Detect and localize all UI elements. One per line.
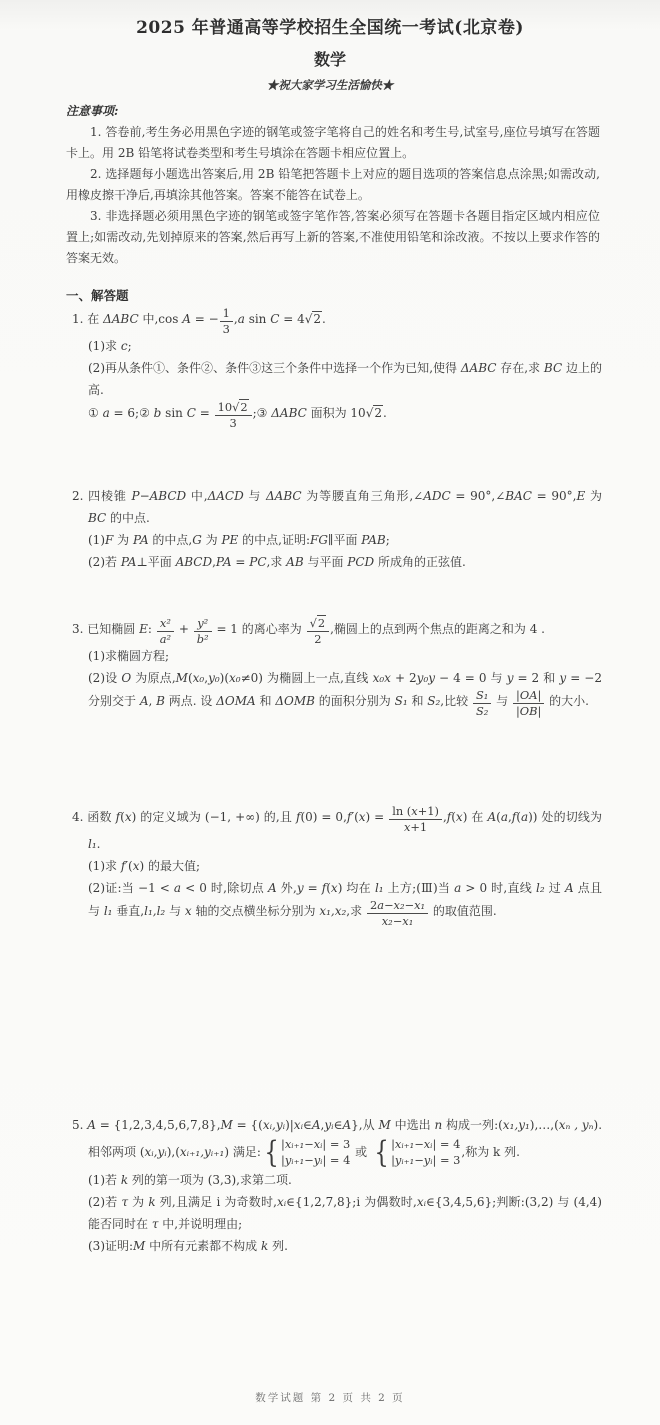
text-run: )( [220, 671, 229, 685]
math-run: a [103, 406, 110, 420]
fraction: S₁S₂ [473, 689, 491, 717]
math-run: b² [197, 632, 209, 646]
problem-line: (1)若 k 列的第一项为 (3,3),求第二项. [72, 1169, 602, 1191]
text-run: 与 [165, 904, 185, 918]
text-run: 的中点, [149, 533, 193, 547]
math-run: A [565, 881, 574, 895]
fraction: x²a² [157, 617, 174, 645]
text-run: },从 [351, 1118, 378, 1132]
math-run: yᵢ₊₁ [395, 1153, 414, 1167]
problem-2: 2. 四棱锥 P−ABCD 中,ΔACD 与 ΔABC 为等腰直角三角形,∠AD… [72, 485, 602, 573]
math-run: x [331, 881, 338, 895]
text-run: 中,cos [139, 312, 183, 326]
fraction: 2a−x₂−x₁x₂−x₁ [367, 899, 428, 927]
problem-3: 3. 已知椭圆 E: x²a² + y²b² = 1 的离心率为 √22,椭圆上… [72, 617, 602, 717]
math-run: S₂ [427, 694, 440, 708]
math-run: yᵢ [324, 1118, 333, 1132]
text-run: ) = [366, 810, 389, 824]
radicand: 2 [373, 405, 383, 420]
text-run: ; [386, 533, 390, 547]
text-run: − [304, 1153, 314, 1167]
fraction-denominator: 2 [307, 632, 330, 646]
problem-line: (2)若 PA⊥平面 ABCD,PA = PC,求 AB 与平面 PCD 所成角… [72, 551, 602, 573]
math-run: c [121, 339, 128, 353]
notice-section: 注意事项: 1. 答卷前,考生务必用黑色字迹的钢笔或签字笔将自己的姓名和考生号,… [0, 101, 660, 269]
text-run: 和 [408, 694, 428, 708]
math-run: xᵢ [417, 1195, 426, 1209]
fraction-denominator: |OB| [513, 704, 544, 718]
text-run: 的中点,证明: [238, 533, 310, 547]
radicand: 2 [239, 399, 248, 414]
math-run: x₁ [402, 914, 413, 928]
math-run: PCD [347, 555, 374, 569]
text-run: . [322, 312, 326, 326]
fraction-denominator: a² [157, 632, 174, 646]
math-run: E [577, 489, 586, 503]
math-run: xᵢ,yᵢ [145, 1145, 167, 1159]
math-run: x₁,y₁ [503, 1118, 530, 1132]
math-run: AB [286, 555, 303, 569]
radicand: 2 [312, 311, 322, 326]
text-run: − [405, 898, 415, 912]
cases-system: {|xᵢ₊₁−xᵢ| = 3|yᵢ₊₁−yᵢ| = 4 [262, 1136, 350, 1169]
text-run: , [149, 694, 157, 708]
text-run: 存在,求 [496, 361, 544, 375]
notice-item: 2. 选择题每小题选出答案后,用 2B 铅笔把答题卡上对应的题目选项的答案信息点… [66, 164, 600, 206]
fraction-numerator: 2a−x₂−x₁ [367, 899, 428, 914]
text-run: ∈{1,2,7,8};i 为偶数时, [286, 1195, 417, 1209]
fraction-numerator: |OA| [513, 689, 544, 704]
text-run: (1)若 [88, 1173, 121, 1187]
math-run: A [268, 881, 277, 895]
fraction: √22 [307, 617, 330, 645]
text-run: | = 3 [433, 1153, 461, 1167]
text-run: . [97, 837, 101, 851]
math-run: S₁ [476, 688, 488, 702]
math-run: x₂ [394, 898, 405, 912]
text-run: 轴的交点横坐标分别为 [192, 904, 320, 918]
text-run: (2)若 [88, 1195, 121, 1209]
sqrt-expression: √2 [305, 311, 322, 326]
notice-item: 3. 非选择题必须用黑色字迹的钢笔或签字笔作答,答案必须写在答题卡各题目指定区域… [66, 206, 600, 269]
text-run: ) 的最大值; [139, 859, 200, 873]
text-run: 3 [229, 416, 236, 430]
text-run: ;③ [253, 406, 272, 420]
text-run: (1)求 [88, 859, 121, 873]
text-run: | = 3 [322, 1137, 350, 1151]
math-run: ABCD [176, 555, 213, 569]
text-run: ,椭圆上的点到两个焦点的距离之和为 4 . [330, 622, 545, 636]
math-run: x₀ [229, 671, 241, 685]
math-run: BC [544, 361, 562, 375]
text-run: = 4 [279, 312, 304, 326]
math-run: x [456, 810, 463, 824]
left-brace: { [264, 1139, 278, 1166]
text-run: − [304, 1137, 314, 1151]
math-run: PAB [361, 533, 385, 547]
math-run: x₁,x₂ [319, 904, 346, 918]
problem-line: (1)求椭圆方程; [72, 645, 602, 667]
text-run: (0) = 0, [300, 810, 346, 824]
text-run: ),…,( [530, 1118, 559, 1132]
sqrt-expression: √2 [366, 405, 383, 420]
page-footer: 数学试题 第 2 页 共 2 页 [0, 1390, 660, 1405]
math-run: a [174, 881, 181, 895]
problem-5: 5. A = {1,2,3,4,5,6,7,8},M = {(xᵢ,yᵢ)|xᵢ… [72, 1114, 602, 1257]
math-run: BC [88, 511, 106, 525]
left-brace: { [374, 1139, 388, 1166]
problem-line: 5. A = {1,2,3,4,5,6,7,8},M = {(xᵢ,yᵢ)|xᵢ… [72, 1114, 602, 1169]
text-run: +1) [418, 804, 439, 818]
problem-line: (2)证:当 −1 < a < 0 时,除切点 A 外,y = f(x) 均在 … [72, 877, 602, 927]
problem-4: 4. 函数 f(x) 的定义域为 (−1, +∞) 的,且 f(0) = 0,f… [72, 805, 602, 927]
math-run: a [501, 810, 508, 824]
text-run: ① [88, 406, 103, 420]
math-run: ADC [423, 489, 450, 503]
fraction: 13 [220, 307, 233, 335]
text-run: 垂直, [112, 904, 144, 918]
sqrt-expression: √2 [232, 399, 249, 414]
text-run: 外, [277, 881, 297, 895]
math-run: a [377, 898, 384, 912]
math-run: A [312, 1118, 321, 1132]
fraction-denominator: b² [194, 632, 212, 646]
text-run: = [232, 555, 250, 569]
problem-line: 1. 在 ΔABC 中,cos A = −13,a sin C = 4√2. [72, 307, 602, 335]
text-run: 与平面 [304, 555, 348, 569]
math-run: E [139, 622, 148, 636]
math-run: y [297, 881, 304, 895]
text-run: − [414, 1137, 424, 1151]
fraction-denominator: 3 [220, 322, 233, 336]
text-run: 中,并说明理由; [158, 1217, 242, 1231]
text-run: sin [245, 312, 270, 326]
text-run: 的大小. [545, 694, 589, 708]
text-run: ),( [167, 1145, 180, 1159]
math-run: A [140, 694, 149, 708]
cases-stack: |xᵢ₊₁−xᵢ| = 4|yᵢ₊₁−yᵢ| = 3 [391, 1136, 460, 1169]
text-run: ) 满足: [224, 1145, 261, 1159]
text-run: (1)求 [88, 339, 121, 353]
fraction-numerator: y² [194, 617, 212, 632]
text-run: (2)再从条件①、条件②、条件③这三个条件中选择一个作为已知,使得 [88, 361, 461, 375]
math-run: yᵢ [424, 1153, 433, 1167]
math-run: M [133, 1239, 145, 1253]
radical-sign: √ [310, 616, 317, 630]
text-run: + 2 [391, 671, 417, 685]
math-run: l₁ [88, 837, 97, 851]
text-run: > 0 时,直线 [461, 881, 536, 895]
math-run: M [221, 1118, 233, 1132]
text-run: . [383, 406, 387, 420]
cases-system: {|xᵢ₊₁−xᵢ| = 4|yᵢ₊₁−yᵢ| = 3 [372, 1136, 460, 1169]
math-run: a² [160, 632, 171, 646]
text-run: 与 [244, 489, 266, 503]
text-run: ≠0) 为椭圆上一点,直线 [241, 671, 373, 685]
math-run: xᵢ [277, 1195, 286, 1209]
text-run: 的取值范围. [429, 904, 497, 918]
math-run: y² [197, 616, 208, 630]
text-run: 的面积分别为 [315, 694, 395, 708]
math-run: k [148, 1195, 155, 1209]
exam-title: 2025 年普通高等学校招生全国统一考试(北京卷) [0, 13, 660, 38]
math-run: y₀ [208, 671, 220, 685]
radicand: 2 [317, 615, 326, 630]
text-run: 为原点, [131, 671, 175, 685]
problem-line: (1)求 f′(x) 的最大值; [72, 855, 602, 877]
problem-line: (2)若 τ 为 k 列,且满足 i 为奇数时,xᵢ∈{1,2,7,8};i 为… [72, 1191, 602, 1235]
fraction: y²b² [194, 617, 212, 645]
text-run: 1. 在 [72, 312, 103, 326]
text-run: 面积为 10 [307, 406, 366, 420]
text-run: = 2 和 [513, 671, 559, 685]
math-run: ΔABC [271, 406, 307, 420]
math-run: yᵢ₊₁ [285, 1153, 304, 1167]
fraction-numerator: √2 [307, 617, 330, 632]
text-run: 上方;(Ⅲ)当 [384, 881, 455, 895]
text-run: 1 [223, 306, 230, 320]
text-run: 中, [186, 489, 207, 503]
text-run: 与 [492, 694, 512, 708]
text-run: ,比较 [440, 694, 472, 708]
math-run: P−ABCD [132, 489, 187, 503]
text-run: 构成一列:( [442, 1118, 503, 1132]
text-run: ) 均在 [338, 881, 375, 895]
fraction-denominator: x+1 [389, 820, 442, 834]
math-run: ΔABC [103, 312, 139, 326]
math-run: f′ [347, 810, 354, 824]
text-run: 2 [314, 632, 321, 646]
text-run: (2)设 [88, 671, 121, 685]
text-run: sin [161, 406, 186, 420]
text-run: 过 [545, 881, 565, 895]
text-run: ln ( [392, 804, 411, 818]
text-run: 为 [128, 1195, 148, 1209]
text-run: 所成角的正弦值. [374, 555, 466, 569]
math-run: xᵢ₊₁,yᵢ₊₁ [180, 1145, 224, 1159]
text-run: = 6;② [110, 406, 154, 420]
text-run: (2)若 [88, 555, 121, 569]
math-run: O [121, 671, 131, 685]
text-run: ∥平面 [328, 533, 361, 547]
math-run: ΔABC [461, 361, 497, 375]
math-run: x [185, 904, 192, 918]
problem-line: (2)设 O 为原点,M(x₀,y₀)(x₀≠0) 为椭圆上一点,直线 x₀x … [72, 667, 602, 717]
math-run: l₂ [536, 881, 545, 895]
text-run: (3)证明: [88, 1239, 133, 1253]
text-run: )) 处的切线为 [528, 810, 602, 824]
text-run: 10 [218, 400, 233, 414]
math-run: M [176, 671, 188, 685]
problem-line: (1)F 为 PA 的中点,G 为 PE 的中点,证明:FG∥平面 PAB; [72, 529, 602, 551]
text-run: 或 [351, 1145, 371, 1159]
text-run: +1 [410, 820, 427, 834]
fraction-numerator: 10√2 [215, 401, 252, 416]
problem-line: 2. 四棱锥 P−ABCD 中,ΔACD 与 ΔABC 为等腰直角三角形,∠AD… [72, 485, 602, 529]
math-run: A [342, 1118, 351, 1132]
problem-1: 1. 在 ΔABC 中,cos A = −13,a sin C = 4√2.(1… [72, 307, 602, 429]
math-run: f′ [121, 859, 128, 873]
text-run: − [414, 1153, 424, 1167]
math-run: A [87, 1118, 96, 1132]
math-run: x₀ [193, 671, 205, 685]
math-run: M [378, 1118, 390, 1132]
text-run: ,求 [267, 555, 287, 569]
text-run: = [196, 406, 214, 420]
math-run: A [182, 312, 191, 326]
text-run: 2. 四棱锥 [72, 489, 132, 503]
text-run: 列,且满足 i 为奇数时, [156, 1195, 277, 1209]
math-run: xᵢ [294, 1118, 303, 1132]
math-run: FG [310, 533, 328, 547]
text-run: ; [128, 339, 132, 353]
math-run: B [156, 694, 165, 708]
math-run: PC [249, 555, 266, 569]
text-run: )| [285, 1118, 294, 1132]
math-run: ΔABC [266, 489, 302, 503]
math-run: OB [520, 704, 538, 718]
sqrt-expression: √2 [310, 615, 327, 630]
case-line: |xᵢ₊₁−xᵢ| = 3 [281, 1136, 350, 1153]
fraction-denominator: S₂ [473, 704, 491, 718]
text-run: (2)证:当 −1 < [88, 881, 174, 895]
math-run: S₂ [476, 704, 488, 718]
text-run: | = 4 [322, 1153, 350, 1167]
math-run: x₀x [373, 671, 391, 685]
text-run: 为等腰直角三角形,∠ [302, 489, 424, 503]
text-run: ,求 [346, 904, 366, 918]
problems-list: 1. 在 ΔABC 中,cos A = −13,a sin C = 4√2.(1… [0, 307, 660, 1257]
case-line: |xᵢ₊₁−xᵢ| = 4 [391, 1136, 460, 1153]
fraction-numerator: 1 [220, 307, 233, 322]
text-run: 为 [113, 533, 133, 547]
text-run: 的中点. [106, 511, 150, 525]
math-run: x₂ [382, 914, 393, 928]
text-run: 和 [256, 694, 276, 708]
fraction: 10√23 [215, 401, 252, 429]
math-run: S₁ [395, 694, 408, 708]
text-run: − 4 = 0 与 [435, 671, 507, 685]
fraction-denominator: 3 [215, 416, 252, 430]
problem-line: (2)再从条件①、条件②、条件③这三个条件中选择一个作为已知,使得 ΔABC 存… [72, 357, 602, 401]
math-run: xᵢ₊₁ [285, 1137, 304, 1151]
text-run: (1)求椭圆方程; [88, 649, 169, 663]
fraction-denominator: x₂−x₁ [367, 914, 428, 928]
math-run: ΔOMB [275, 694, 315, 708]
text-run: : [148, 622, 156, 636]
notice-items: 1. 答卷前,考生务必用黑色字迹的钢笔或签字笔将自己的姓名和考生号,试室号,座位… [66, 122, 600, 269]
notice-heading: 注意事项: [66, 101, 600, 122]
math-run: xₙ , yₙ [559, 1118, 594, 1132]
case-line: |yᵢ₊₁−yᵢ| = 4 [281, 1152, 350, 1169]
text-run: < 0 时,除切点 [181, 881, 268, 895]
fraction-numerator: S₁ [473, 689, 491, 704]
text-run: 中所有元素都不构成 [145, 1239, 261, 1253]
fraction-numerator: x² [157, 617, 174, 632]
problem-line: 4. 函数 f(x) 的定义域为 (−1, +∞) 的,且 f(0) = 0,f… [72, 805, 602, 855]
math-run: l₁,l₂ [144, 904, 165, 918]
text-run: 两点. 设 [165, 694, 216, 708]
math-run: PA [216, 555, 232, 569]
math-run: y₀y [417, 671, 435, 685]
text-run: | = 4 [432, 1137, 460, 1151]
math-run: G [192, 533, 202, 547]
math-run: PE [221, 533, 238, 547]
math-run: BAC [505, 489, 532, 503]
fraction: |OA||OB| [513, 689, 544, 717]
text-run: | [538, 704, 542, 718]
text-run: − [393, 914, 403, 928]
text-run: 中选出 [391, 1118, 435, 1132]
cases-stack: |xᵢ₊₁−xᵢ| = 3|yᵢ₊₁−yᵢ| = 4 [281, 1136, 350, 1169]
exam-motto: ★祝大家学习生活愉快★ [0, 77, 660, 93]
problem-line: 3. 已知椭圆 E: x²a² + y²b² = 1 的离心率为 √22,椭圆上… [72, 617, 602, 645]
text-run: = − [191, 312, 219, 326]
fraction: ln (x+1)x+1 [389, 805, 442, 833]
text-run: 5. [72, 1118, 87, 1132]
text-run: = [304, 881, 322, 895]
text-run: | [537, 688, 541, 702]
math-run: a [238, 312, 245, 326]
math-run: xᵢ,yᵢ [263, 1118, 285, 1132]
math-run: PA [121, 555, 137, 569]
text-run: = {1,2,3,4,5,6,7,8}, [96, 1118, 221, 1132]
math-run: x₁ [414, 898, 425, 912]
problem-line: (1)求 c; [72, 335, 602, 357]
text-run: ∈ [303, 1118, 312, 1132]
exam-subject: 数学 [0, 47, 660, 70]
math-run: x² [160, 616, 171, 630]
problem-line: (3)证明:M 中所有元素都不构成 k 列. [72, 1235, 602, 1257]
text-run: ) 在 [463, 810, 488, 824]
text-run: 4. 函数 [72, 810, 116, 824]
text-run: = 90°,∠ [451, 489, 506, 503]
text-run: 列的第一项为 (3,3),求第二项. [128, 1173, 292, 1187]
math-run: x [125, 810, 132, 824]
math-run: PA [133, 533, 149, 547]
case-line: |yᵢ₊₁−yᵢ| = 3 [391, 1152, 460, 1169]
math-run: OA [520, 688, 538, 702]
text-run: + [175, 622, 193, 636]
notice-item: 1. 答卷前,考生务必用黑色字迹的钢笔或签字笔将自己的姓名和考生号,试室号,座位… [66, 122, 600, 164]
text-run: 为 [202, 533, 222, 547]
math-run: x [359, 810, 366, 824]
math-run: ΔACD [208, 489, 244, 503]
text-run: (1) [88, 533, 105, 547]
text-run: 3 [223, 322, 230, 336]
page-header: 2025 年普通高等学校招生全国统一考试(北京卷) 数学 ★祝大家学习生活愉快★ [0, 0, 660, 93]
math-run: C [187, 406, 196, 420]
exam-page: 2025 年普通高等学校招生全国统一考试(北京卷) 数学 ★祝大家学习生活愉快★… [0, 0, 660, 1425]
text-run: = {( [233, 1118, 263, 1132]
text-run: − [384, 898, 394, 912]
text-run: 3. 已知椭圆 [72, 622, 139, 636]
text-run: ,称为 k 列. [461, 1145, 520, 1159]
text-run: = 90°, [532, 489, 577, 503]
math-run: A [487, 810, 496, 824]
text-run: ⊥平面 [136, 555, 175, 569]
fraction-numerator: ln (x+1) [389, 805, 442, 820]
text-run: ) 的定义域为 (−1, +∞) 的,且 [132, 810, 296, 824]
math-run: xᵢ₊₁ [395, 1137, 414, 1151]
text-run: = 1 的离心率为 [213, 622, 306, 636]
text-run: 列. [268, 1239, 288, 1253]
math-run: ΔOMA [216, 694, 255, 708]
problem-line: ① a = 6;② b sin C = 10√23;③ ΔABC 面积为 10√… [72, 401, 602, 429]
text-run: 为 [585, 489, 602, 503]
section-title: 一、解答题 [66, 286, 660, 304]
math-run: l₁ [375, 881, 384, 895]
